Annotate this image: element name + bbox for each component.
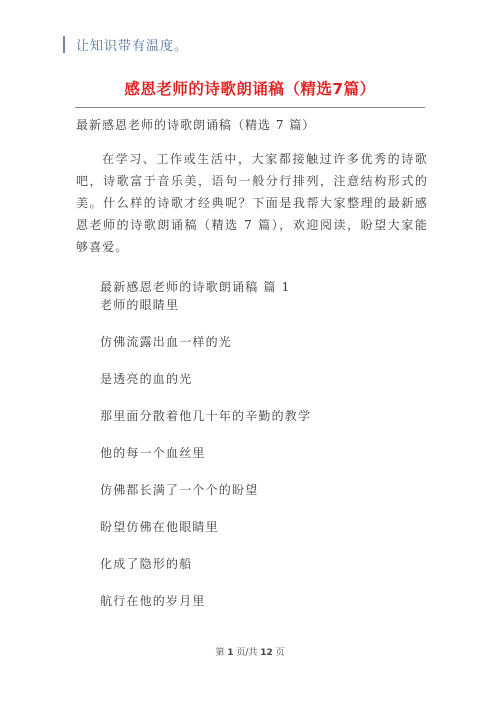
document-title: 感恩老师的诗歌朗诵稿（精选7篇） [0,77,500,99]
poem-heading: 最新感恩老师的诗歌朗诵稿 篇 1 [100,278,311,296]
poem-line: 那里面分散着他几十年的辛勤的教学 [100,407,311,425]
total-pages-number: 12 [260,648,273,658]
poem-line: 盼望仿佛在他眼睛里 [100,518,311,536]
poem-line: 他的每一个血丝里 [100,444,311,462]
footer-middle: 页/共 [236,648,257,658]
header-slogan: 让知识带有温度。 [76,35,188,54]
intro-paragraph: 在学习、工作或生活中，大家都接触过许多优秀的诗歌吧，诗歌富于音乐美，语句一般分行… [76,148,428,258]
page-footer: 第 1 页/共 12 页 [0,645,500,658]
footer-prefix: 第 [215,648,224,658]
footer-suffix: 页 [276,648,285,658]
document-subtitle: 最新感恩老师的诗歌朗诵稿（精选 7 篇） [76,116,315,133]
poem-line: 航行在他的岁月里 [100,592,311,610]
title-divider [75,107,425,108]
poem-line: 仿佛都长满了一个个的盼望 [100,481,311,499]
poem-line: 是透亮的血的光 [100,370,311,388]
poem-line: 化成了隐形的船 [100,555,311,573]
current-page-number: 1 [227,648,233,658]
header-accent-bar [63,36,65,53]
poem-section: 最新感恩老师的诗歌朗诵稿 篇 1 老师的眼睛里 仿佛流露出血一样的光 是透亮的血… [100,278,311,610]
poem-line: 仿佛流露出血一样的光 [100,333,311,351]
poem-line: 老师的眼睛里 [100,296,311,314]
